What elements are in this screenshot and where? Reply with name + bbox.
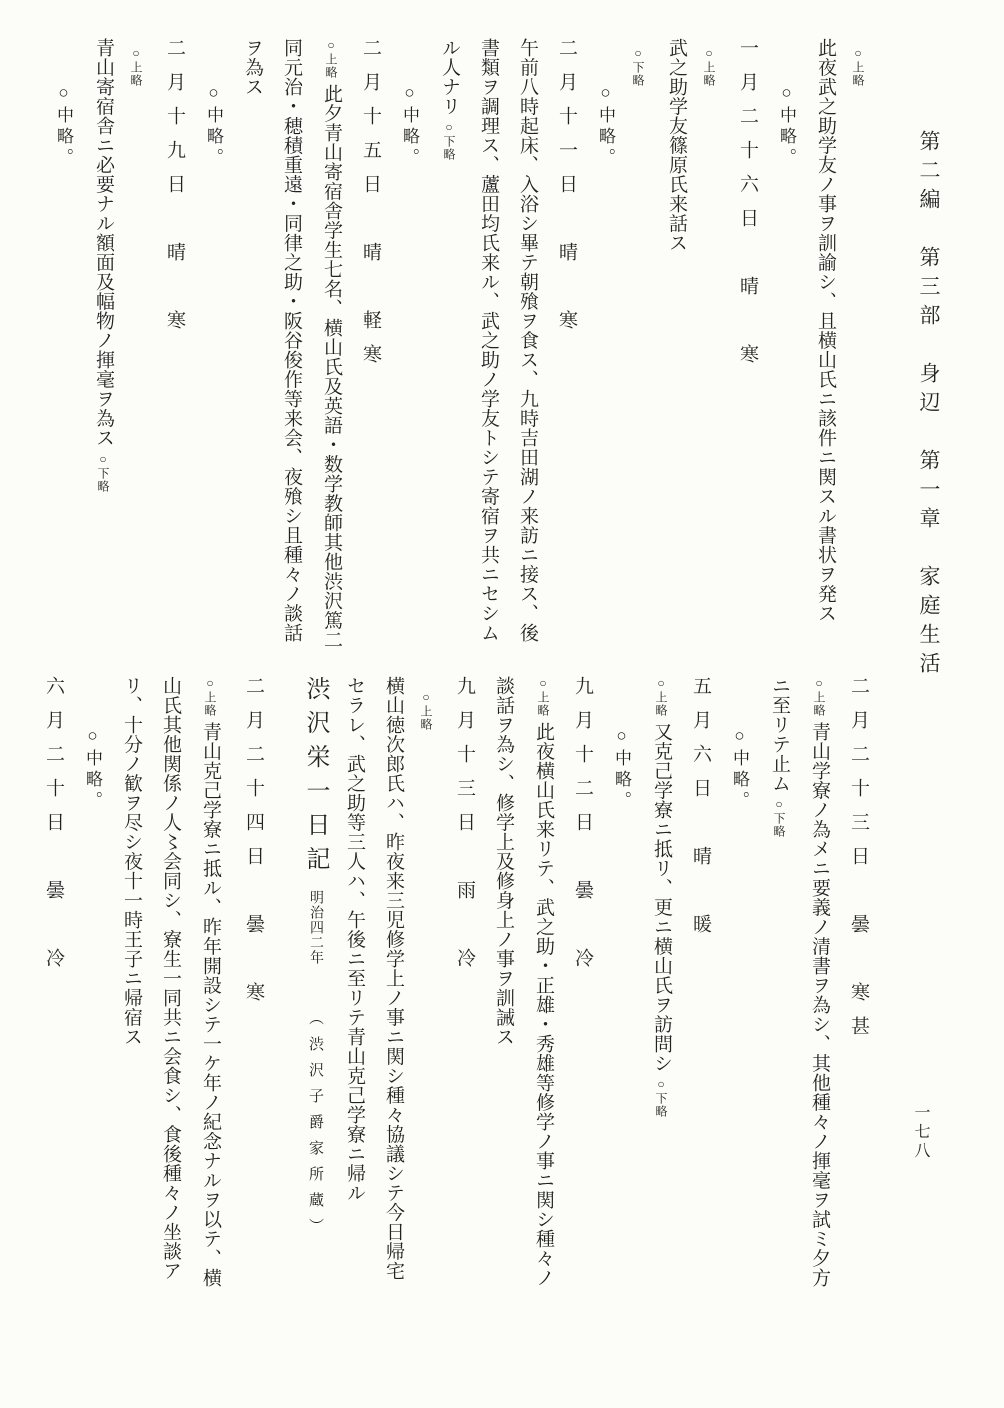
source-title-part: （渋沢子爵家所蔵） [307, 1010, 323, 1244]
omission-annotation: ○上略 [654, 676, 668, 717]
column-text: ヲ為ス [242, 38, 263, 97]
column-text: ○中略。 [596, 83, 615, 169]
diary-text-line: 横山徳次郎氏ハ、昨夜来三児修学上ノ事ニ関シ種々協議シテ今日帰宅 [382, 676, 405, 1316]
diary-text-line: ニ至リテ止ム○下略 [767, 676, 791, 1316]
column-text: リ、十分ノ歓ヲ尽シ夜十一時王子ニ帰宿ス [121, 676, 142, 1047]
diary-text-line: ○上略又克己学寮ニ抵リ、更ニ横山氏ヲ訪問シ○下略 [649, 676, 673, 1316]
omission-annotation: ○上略 [536, 676, 550, 717]
chapter-heading: 第二編 第三部 身辺 第一章 家庭生活 [917, 130, 940, 656]
column-text: 五月六日 晴 暖 [690, 676, 711, 948]
column-text: 此夕青山寄宿舎学生七名、横山氏及英語・数学教師其他渋沢篤二 [321, 84, 342, 650]
omission-annotation: ○上略 [812, 676, 826, 717]
column-text: ○中略。 [83, 726, 102, 812]
diary-date-line: 二月十五日 晴 軽寒 [359, 38, 382, 656]
column-text: 一月二十六日 晴 寒 [737, 38, 758, 378]
diary-excerpt-block-bottom: 二月二十三日 曇 寒甚○上略青山学寮ノ為メニ要義ノ清書ヲ為シ、其他種々ノ揮毫ヲ試… [26, 676, 870, 1316]
column-text: ○上略 [129, 46, 143, 87]
diary-text-line: セラレ、武之助等三人ハ、午後ニ至リテ青山克己学寮ニ帰ル [343, 676, 366, 1316]
source-title-part: 明治四二年 [308, 890, 323, 965]
omission-annotation: ○下略 [626, 38, 649, 656]
source-title-part: 渋沢栄一日記 [302, 676, 328, 880]
diary-text-line: 山氏其他関係ノ人〻会同シ、寮生一同共ニ会食シ、食後種々ノ坐談ア [159, 676, 182, 1316]
column-text: ○中略。 [400, 83, 419, 169]
column-text: 書類ヲ調理ス、蘆田均氏来ル、武之助ノ学友トシテ寄宿ヲ共ニセシム [478, 38, 499, 643]
omission-annotation: ○下略 [772, 797, 786, 838]
column-text: 二月十九日 晴 寒 [164, 38, 185, 344]
diary-text-line: ○上略此夜横山氏来リテ、武之助・正雄・秀雄等修学ノ事ニ関シ種々ノ [531, 676, 555, 1316]
diary-text-line: 青山寄宿舎ニ必要ナル額面及幅物ノ揮毫ヲ為ス○下略 [91, 38, 115, 656]
omission-mark-line: ○中略。 [81, 676, 104, 1316]
column-text: ○中略。 [54, 83, 73, 169]
diary-date-line: 二月十一日 晴 寒 [555, 38, 578, 656]
column-text: 青山克己学寮ニ抵ル、昨年開設シテ一ケ年ノ紀念ナルヲ以テ、横 [200, 722, 221, 1288]
diary-text-line: 武之助学友篠原氏来話ス [665, 38, 688, 656]
omission-annotation: ○上略 [846, 38, 869, 656]
diary-text-line: ○上略青山学寮ノ為メニ要義ノ清書ヲ為シ、其他種々ノ揮毫ヲ試ミ夕方 [807, 676, 831, 1316]
column-text: 第二編 第三部 身辺 第一章 家庭生活 [917, 130, 941, 681]
diary-date-line: 九月十二日 曇 冷 [571, 676, 594, 1316]
diary-text-line: 書類ヲ調理ス、蘆田均氏来ル、武之助ノ学友トシテ寄宿ヲ共ニセシム [477, 38, 500, 656]
column-text: 又克己学寮ニ抵リ、更ニ横山氏ヲ訪問シ [651, 722, 672, 1073]
column-text: 二月十一日 晴 寒 [556, 38, 577, 344]
page-number: 一七八 [909, 1104, 932, 1161]
column-text: 二月二十三日 曇 寒甚 [848, 676, 869, 1050]
column-text: 二月十五日 晴 軽寒 [360, 38, 381, 378]
diary-text-line: ○上略青山克己学寮ニ抵ル、昨年開設シテ一ケ年ノ紀念ナルヲ以テ、横 [198, 676, 222, 1316]
column-text: 此夜横山氏来リテ、武之助・正雄・秀雄等修学ノ事ニ関シ種々ノ [533, 722, 554, 1288]
column-text: 青山寄宿舎ニ必要ナル額面及幅物ノ揮毫ヲ為ス [93, 38, 114, 448]
diary-text-line: 此夜武之助学友ノ事ヲ訓諭シ、且横山氏ニ該件ニ関スル書状ヲ発ス [814, 38, 837, 656]
column-text: 此夜武之助学友ノ事ヲ訓諭シ、且横山氏ニ該件ニ関スル書状ヲ発ス [815, 38, 836, 623]
column-text: ニ至リテ止ム [769, 676, 790, 793]
column-text: 二月二十四日 曇 寒 [243, 676, 264, 1016]
column-text: ○中略。 [777, 83, 796, 169]
diary-text-line: リ、十分ノ歓ヲ尽シ夜十一時王子ニ帰宿ス [120, 676, 143, 1316]
source-title-line: 渋沢栄一日記明治四二年（渋沢子爵家所蔵） [303, 676, 327, 1316]
column-text: ○下略 [631, 46, 645, 87]
omission-annotation: ○上略 [697, 38, 720, 656]
column-text: 午前八時起床、入浴シ畢テ朝飱ヲ食ス、九時吉田湖ノ来訪ニ接ス、後 [517, 38, 538, 643]
column-text: ル人ナリ [439, 38, 460, 116]
column-text: ○上略 [702, 46, 716, 87]
column-text: 六月二十日 曇 冷 [43, 676, 64, 982]
column-text: 横山徳次郎氏ハ、昨夜来三児修学上ノ事ニ関シ種々協議シテ今日帰宅 [383, 676, 404, 1281]
omission-annotation: ○上略 [124, 38, 147, 656]
column-text: 九月十二日 曇 冷 [572, 676, 593, 982]
column-text: 武之助学友篠原氏来話ス [666, 38, 687, 253]
omission-annotation: ○下略 [442, 120, 456, 161]
diary-text-line: ○上略此夕青山寄宿舎学生七名、横山氏及英語・数学教師其他渋沢篤二 [319, 38, 343, 656]
diary-date-line: 二月十九日 晴 寒 [163, 38, 186, 656]
omission-annotation: ○上略 [324, 38, 338, 79]
omission-mark-line: ○中略。 [610, 676, 633, 1316]
omission-mark-line: ○中略。 [728, 676, 751, 1316]
column-text: 九月十三日 雨 冷 [454, 676, 475, 982]
column-text: ○中略。 [612, 726, 631, 812]
diary-text-line: ル人ナリ○下略 [437, 38, 461, 656]
omission-mark-line: ○中略。 [594, 38, 617, 656]
diary-date-line: 九月十三日 雨 冷 [453, 676, 476, 1316]
omission-annotation: ○下略 [96, 452, 110, 493]
column-text: 青山学寮ノ為メニ要義ノ清書ヲ為シ、其他種々ノ揮毫ヲ試ミ夕方 [809, 722, 830, 1288]
scanned-book-page: 第二編 第三部 身辺 第一章 家庭生活○上略此夜武之助学友ノ事ヲ訓諭シ、且横山氏… [0, 0, 1004, 1408]
omission-annotation: ○上略 [414, 676, 437, 1316]
column-text: ○上略 [419, 690, 433, 731]
diary-text-line: 談話ヲ為シ、修学上及修身上ノ事ヲ訓誡ス [492, 676, 515, 1316]
diary-date-line: 二月二十三日 曇 寒甚 [847, 676, 870, 1316]
diary-date-line: 二月二十四日 曇 寒 [242, 676, 265, 1316]
column-text: 山氏其他関係ノ人〻会同シ、寮生一同共ニ会食シ、食後種々ノ坐談ア [160, 676, 181, 1281]
omission-annotation: ○上略 [203, 676, 217, 717]
omission-mark-line: ○中略。 [775, 38, 798, 656]
column-text: ○中略。 [204, 83, 223, 169]
diary-text-line: 午前八時起床、入浴シ畢テ朝飱ヲ食ス、九時吉田湖ノ来訪ニ接ス、後 [516, 38, 539, 656]
omission-annotation: ○下略 [654, 1077, 668, 1118]
diary-text-line: 同元治・穂積重遠・同律之助・阪谷俊作等来会、夜飱シ且種々ノ談話 [280, 38, 303, 656]
column-text: ○中略。 [730, 726, 749, 812]
column-text: 同元治・穂積重遠・同律之助・阪谷俊作等来会、夜飱シ且種々ノ談話 [281, 38, 302, 643]
omission-mark-line: ○中略。 [398, 38, 421, 656]
diary-date-line: 一月二十六日 晴 寒 [736, 38, 759, 656]
column-text: セラレ、武之助等三人ハ、午後ニ至リテ青山克己学寮ニ帰ル [344, 676, 365, 1203]
diary-date-line: 六月二十日 曇 冷 [42, 676, 65, 1316]
omission-mark-line: ○中略。 [202, 38, 225, 656]
diary-text-line: ヲ為ス [241, 38, 264, 656]
column-text: 談話ヲ為シ、修学上及修身上ノ事ヲ訓誡ス [493, 676, 514, 1047]
diary-date-line: 五月六日 晴 暖 [689, 676, 712, 1316]
omission-mark-line: ○中略。 [52, 38, 75, 656]
column-text: ○上略 [851, 46, 865, 87]
diary-excerpt-block-top: 第二編 第三部 身辺 第一章 家庭生活○上略此夜武之助学友ノ事ヲ訓諭シ、且横山氏… [36, 38, 940, 656]
